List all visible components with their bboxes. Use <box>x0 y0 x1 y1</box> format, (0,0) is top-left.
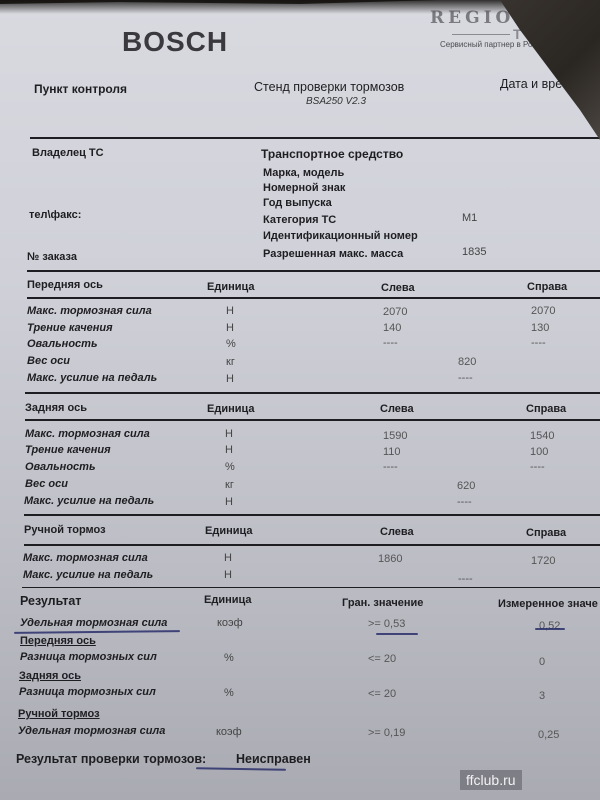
hand-specific-measured: 0,25 <box>538 729 559 741</box>
row-label: Трение качения <box>25 444 111 456</box>
row-unit: Н <box>225 496 233 508</box>
rear-axle-title: Задняя ось <box>25 402 87 414</box>
row-unit: % <box>226 338 236 350</box>
row-label: Макс. усилие на педаль <box>27 372 157 384</box>
col-left: Слева <box>380 403 414 415</box>
col-unit: Единица <box>205 525 253 537</box>
row-label: Вес оси <box>25 478 68 490</box>
divider <box>27 270 600 272</box>
vehicle-field-label: Год выпуска <box>263 197 332 209</box>
row-label: Макс. усилие на педаль <box>24 495 154 507</box>
row-center: 820 <box>458 356 476 368</box>
divider <box>27 297 600 299</box>
col-right: Справа <box>527 281 567 293</box>
row-right: 1540 <box>530 430 554 442</box>
front-axle-subtitle: Передняя ось <box>20 635 96 647</box>
ink-underline <box>14 630 180 634</box>
rear-axle-subtitle: Задняя ось <box>19 670 81 682</box>
row-label: Вес оси <box>27 355 70 367</box>
row-left: ---- <box>383 461 398 473</box>
brake-test-report: BOSCH REGION T Сервисный партнер в Рос П… <box>0 0 600 800</box>
divider <box>24 514 600 516</box>
result-col-unit: Единица <box>204 594 252 606</box>
vehicle-field-label: Категория ТС <box>263 214 336 226</box>
hand-specific-label: Удельная тормозная сила <box>18 725 165 737</box>
row-right: ---- <box>530 461 545 473</box>
partner-tagline: Сервисный партнер в Рос <box>440 40 536 49</box>
row-unit: Н <box>226 373 234 385</box>
stand-model: BSA250 V2.3 <box>306 96 366 107</box>
row-right: 130 <box>531 322 549 334</box>
specific-force-label: Удельная тормозная сила <box>20 617 167 629</box>
col-right: Справа <box>526 527 566 539</box>
result-col-limit: Гран. значение <box>342 597 423 609</box>
row-unit: Н <box>226 305 234 317</box>
final-result-label: Результат проверки тормозов: <box>16 752 206 766</box>
row-center: ---- <box>458 573 473 585</box>
row-label: Макс. тормозная сила <box>23 552 148 564</box>
row-right: 100 <box>530 446 548 458</box>
row-left: 110 <box>383 446 401 458</box>
datetime-label: Дата и вре <box>500 77 562 91</box>
front-diff-measured: 0 <box>539 656 545 668</box>
row-center: ---- <box>457 496 472 508</box>
bosch-logo: BOSCH <box>122 26 228 58</box>
col-unit: Единица <box>207 281 255 293</box>
divider <box>25 419 600 421</box>
ink-underline <box>376 633 418 635</box>
row-unit: Н <box>225 428 233 440</box>
rear-diff-limit: <= 20 <box>368 688 396 700</box>
row-right: 2070 <box>531 305 555 317</box>
vehicle-field-label: Идентификационный номер <box>263 230 418 242</box>
vehicle-max-mass-value: 1835 <box>462 246 486 258</box>
row-unit: кг <box>226 356 235 368</box>
ink-underline <box>196 767 286 771</box>
col-left: Слева <box>381 282 415 294</box>
row-unit: % <box>225 461 235 473</box>
row-label: Макс. тормозная сила <box>27 305 152 317</box>
result-title: Результат <box>20 594 81 608</box>
stand-title: Стенд проверки тормозов <box>254 80 404 94</box>
handbrake-title: Ручной тормоз <box>24 524 106 536</box>
rear-diff-unit: % <box>224 687 234 699</box>
row-right: ---- <box>531 337 546 349</box>
checkpoint-label: Пункт контроля <box>34 82 127 96</box>
row-left: ---- <box>383 337 398 349</box>
divider <box>25 392 600 394</box>
row-label: Овальность <box>25 461 95 473</box>
col-right: Справа <box>526 403 566 415</box>
col-left: Слева <box>380 526 414 538</box>
row-unit: кг <box>225 479 234 491</box>
row-label: Трение качения <box>27 322 113 334</box>
vehicle-field-label: Марка, модель <box>263 167 344 179</box>
col-unit: Единица <box>207 403 255 415</box>
divider <box>22 587 600 588</box>
row-left: 1860 <box>378 553 402 565</box>
handbrake-subtitle: Ручной тормоз <box>18 708 100 720</box>
front-diff-limit: <= 20 <box>368 653 396 665</box>
hand-specific-limit: >= 0,19 <box>368 727 405 739</box>
hand-specific-unit: коэф <box>216 726 242 738</box>
vehicle-field-label: Разрешенная макс. масса <box>263 248 403 260</box>
row-unit: Н <box>224 569 232 581</box>
divider <box>30 137 600 139</box>
row-label: Макс. усилие на педаль <box>23 569 153 581</box>
specific-force-measured: 0,52 <box>539 620 560 632</box>
rear-diff-measured: 3 <box>539 690 545 702</box>
vehicle-field-label: Номерной знак <box>263 182 345 194</box>
specific-force-limit: >= 0,53 <box>368 618 405 630</box>
rear-diff-label: Разница тормозных сил <box>19 686 156 698</box>
row-label: Макс. тормозная сила <box>25 428 150 440</box>
row-unit: Н <box>225 444 233 456</box>
row-label: Овальность <box>27 338 97 350</box>
owner-label: Владелец ТС <box>32 147 104 159</box>
phone-label: тел\факс: <box>29 209 81 221</box>
row-unit: Н <box>226 322 234 334</box>
front-diff-unit: % <box>224 652 234 664</box>
watermark: ffclub.ru <box>460 770 522 790</box>
row-left: 1590 <box>383 430 407 442</box>
row-right: 1720 <box>531 555 555 567</box>
divider <box>24 544 600 546</box>
vehicle-title: Транспортное средство <box>261 147 403 161</box>
order-label: № заказа <box>27 251 77 263</box>
vehicle-category-value: M1 <box>462 212 477 224</box>
ink-strikethrough <box>535 628 565 630</box>
region-logo-line <box>452 34 510 35</box>
row-center: ---- <box>458 372 473 384</box>
front-diff-label: Разница тормозных сил <box>20 651 157 663</box>
specific-force-unit: коэф <box>217 617 243 629</box>
row-left: 2070 <box>383 306 407 318</box>
final-result-value: Неисправен <box>236 752 311 766</box>
row-unit: Н <box>224 552 232 564</box>
result-col-measured: Измеренное значе <box>498 598 598 610</box>
row-left: 140 <box>383 322 401 334</box>
row-center: 620 <box>457 480 475 492</box>
front-axle-title: Передняя ось <box>27 279 103 291</box>
